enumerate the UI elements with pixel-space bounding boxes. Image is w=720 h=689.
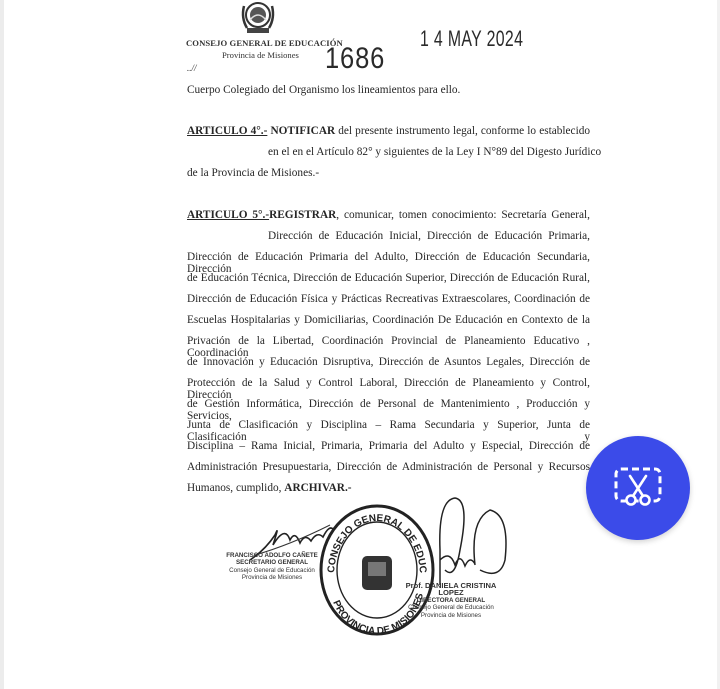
document-page: CONSEJO GENERAL DE EDUCACIÓN Provincia d…	[0, 0, 720, 689]
article5-line: Dirección de Educación Inicial, Direcció…	[268, 230, 590, 242]
article4-line2: en el en el Artículo 82° y siguientes de…	[268, 146, 601, 158]
signer-right-province: Provincia de Misiones	[396, 612, 506, 619]
article5-text: , comunicar, tomen conocimiento: Secreta…	[336, 209, 590, 221]
signature-left-block: FRANCISCO ADOLFO CAÑETE SECRETARIO GENER…	[222, 552, 322, 582]
article4-label: ARTICULO 4°.-	[187, 125, 267, 137]
article5-line: de Innovación y Educación Disruptiva, Di…	[187, 356, 590, 368]
screenshot-scissors-icon	[613, 466, 663, 510]
signer-left-title: SECRETARIO GENERAL	[222, 559, 322, 566]
screen-capture-button[interactable]	[586, 436, 690, 540]
provincial-crest-icon	[238, 0, 278, 36]
signer-left-org: Consejo General de Educación	[222, 567, 322, 574]
signature-right-block: Prof. DANIELA CRISTINA LOPEZ DIRECTORA G…	[396, 582, 506, 619]
signer-right-title: DIRECTORA GENERAL	[396, 597, 506, 604]
council-name: CONSEJO GENERAL DE EDUCACIÓN	[186, 38, 343, 48]
article5-line: Dirección de Educación Física y Práctica…	[187, 293, 590, 305]
signer-left-province: Provincia de Misiones	[222, 574, 322, 581]
article5-label: ARTICULO 5°.-	[187, 209, 269, 221]
archivar-text: ARCHIVAR.-	[284, 482, 351, 494]
date-stamp: 1 4 MAY 2024	[420, 26, 523, 52]
article5-last-line: Humanos, cumplido, ARCHIVAR.-	[187, 482, 352, 494]
article5-verb: REGISTRAR	[269, 209, 336, 221]
continuation-mark: ..//	[187, 63, 197, 73]
signer-left-name: FRANCISCO ADOLFO CAÑETE	[222, 552, 322, 559]
signer-right-name: Prof. DANIELA CRISTINA LOPEZ	[396, 582, 506, 597]
article5-closing-text: Humanos, cumplido,	[187, 482, 284, 494]
signer-right-org: Consejo General de Educación	[396, 604, 506, 611]
article5-line: de Educación Técnica, Dirección de Educa…	[187, 272, 590, 284]
article4-line1: ARTICULO 4°.- NOTIFICAR del presente ins…	[187, 125, 590, 137]
article5-line: Administración Presupuestaria, Dirección…	[187, 461, 590, 473]
article4-verb: NOTIFICAR	[270, 125, 335, 137]
province-name: Provincia de Misiones	[222, 50, 299, 60]
article5-line1: ARTICULO 5°.-REGISTRAR, comunicar, tomen…	[187, 209, 590, 221]
intro-line: Cuerpo Colegiado del Organismo los linea…	[187, 84, 460, 96]
article4-text: del presente instrumento legal, conforme…	[338, 125, 590, 137]
signature-right-icon	[420, 490, 515, 590]
article4-line3: de la Provincia de Misiones.-	[187, 167, 319, 179]
article5-line: Escuelas Hospitalarias y Domiciliarias, …	[187, 314, 590, 326]
article5-line: Disciplina – Rama Inicial, Primaria, Pri…	[187, 440, 590, 452]
resolution-number: 1686	[325, 42, 385, 76]
